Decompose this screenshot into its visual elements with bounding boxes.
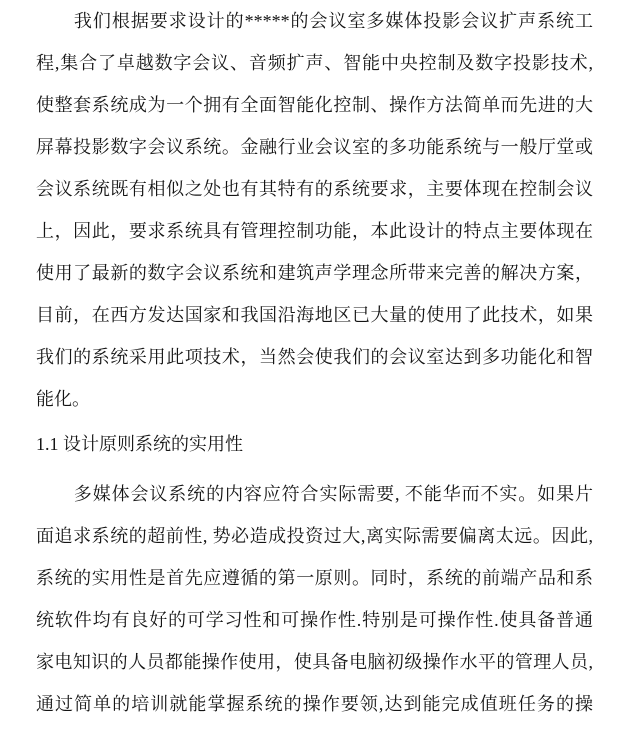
text-line: 目前，在西方发达国家和我国沿海地区已大量的使用了此技术，如果: [36, 294, 593, 336]
paragraph-1: 我们根据要求设计的*****的会议室多媒体投影会议扩声系统工 程,集合了卓越数字…: [36, 0, 593, 420]
text-line: 能化。: [36, 378, 593, 420]
document-page: 我们根据要求设计的*****的会议室多媒体投影会议扩声系统工 程,集合了卓越数字…: [0, 0, 625, 731]
text-line: 程,集合了卓越数字会议、音频扩声、智能中央控制及数字投影技术,: [36, 42, 593, 84]
text-line: 我们的系统采用此项技术，当然会使我们的会议室达到多功能化和智: [36, 336, 593, 378]
text-line: 系统的实用性是首先应遵循的第一原则。同时，系统的前端产品和系: [36, 557, 593, 599]
text-line: 屏幕投影数字会议系统。金融行业会议室的多功能系统与一般厅堂或: [36, 126, 593, 168]
text-line: 面追求系统的超前性, 势必造成投资过大,离实际需要偏离太远。因此,: [36, 515, 593, 557]
text-line: 会议系统既有相似之处也有其特有的系统要求，主要体现在控制会议: [36, 168, 593, 210]
text-line: 使用了最新的数字会议系统和建筑声学理念所带来完善的解决方案，: [36, 252, 593, 294]
text-line: 通过简单的培训就能掌握系统的操作要领,达到能完成值班任务的操: [36, 683, 593, 725]
text-line: 使整套系统成为一个拥有全面智能化控制、操作方法简单而先进的大: [36, 84, 593, 126]
paragraph-2: 多媒体会议系统的内容应符合实际需要, 不能华而不实。如果片 面追求系统的超前性,…: [36, 473, 593, 725]
section-heading: 1.1 设计原则系统的实用性: [36, 423, 593, 465]
text-line: 我们根据要求设计的*****的会议室多媒体投影会议扩声系统工: [36, 0, 593, 42]
text-line: 多媒体会议系统的内容应符合实际需要, 不能华而不实。如果片: [36, 473, 593, 515]
text-line: 上，因此，要求系统具有管理控制功能，本此设计的特点主要体现在: [36, 210, 593, 252]
text-line: 家电知识的人员都能操作使用，使具备电脑初级操作水平的管理人员,: [36, 641, 593, 683]
text-line: 统软件均有良好的可学习性和可操作性.特别是可操作性.使具备普通: [36, 599, 593, 641]
